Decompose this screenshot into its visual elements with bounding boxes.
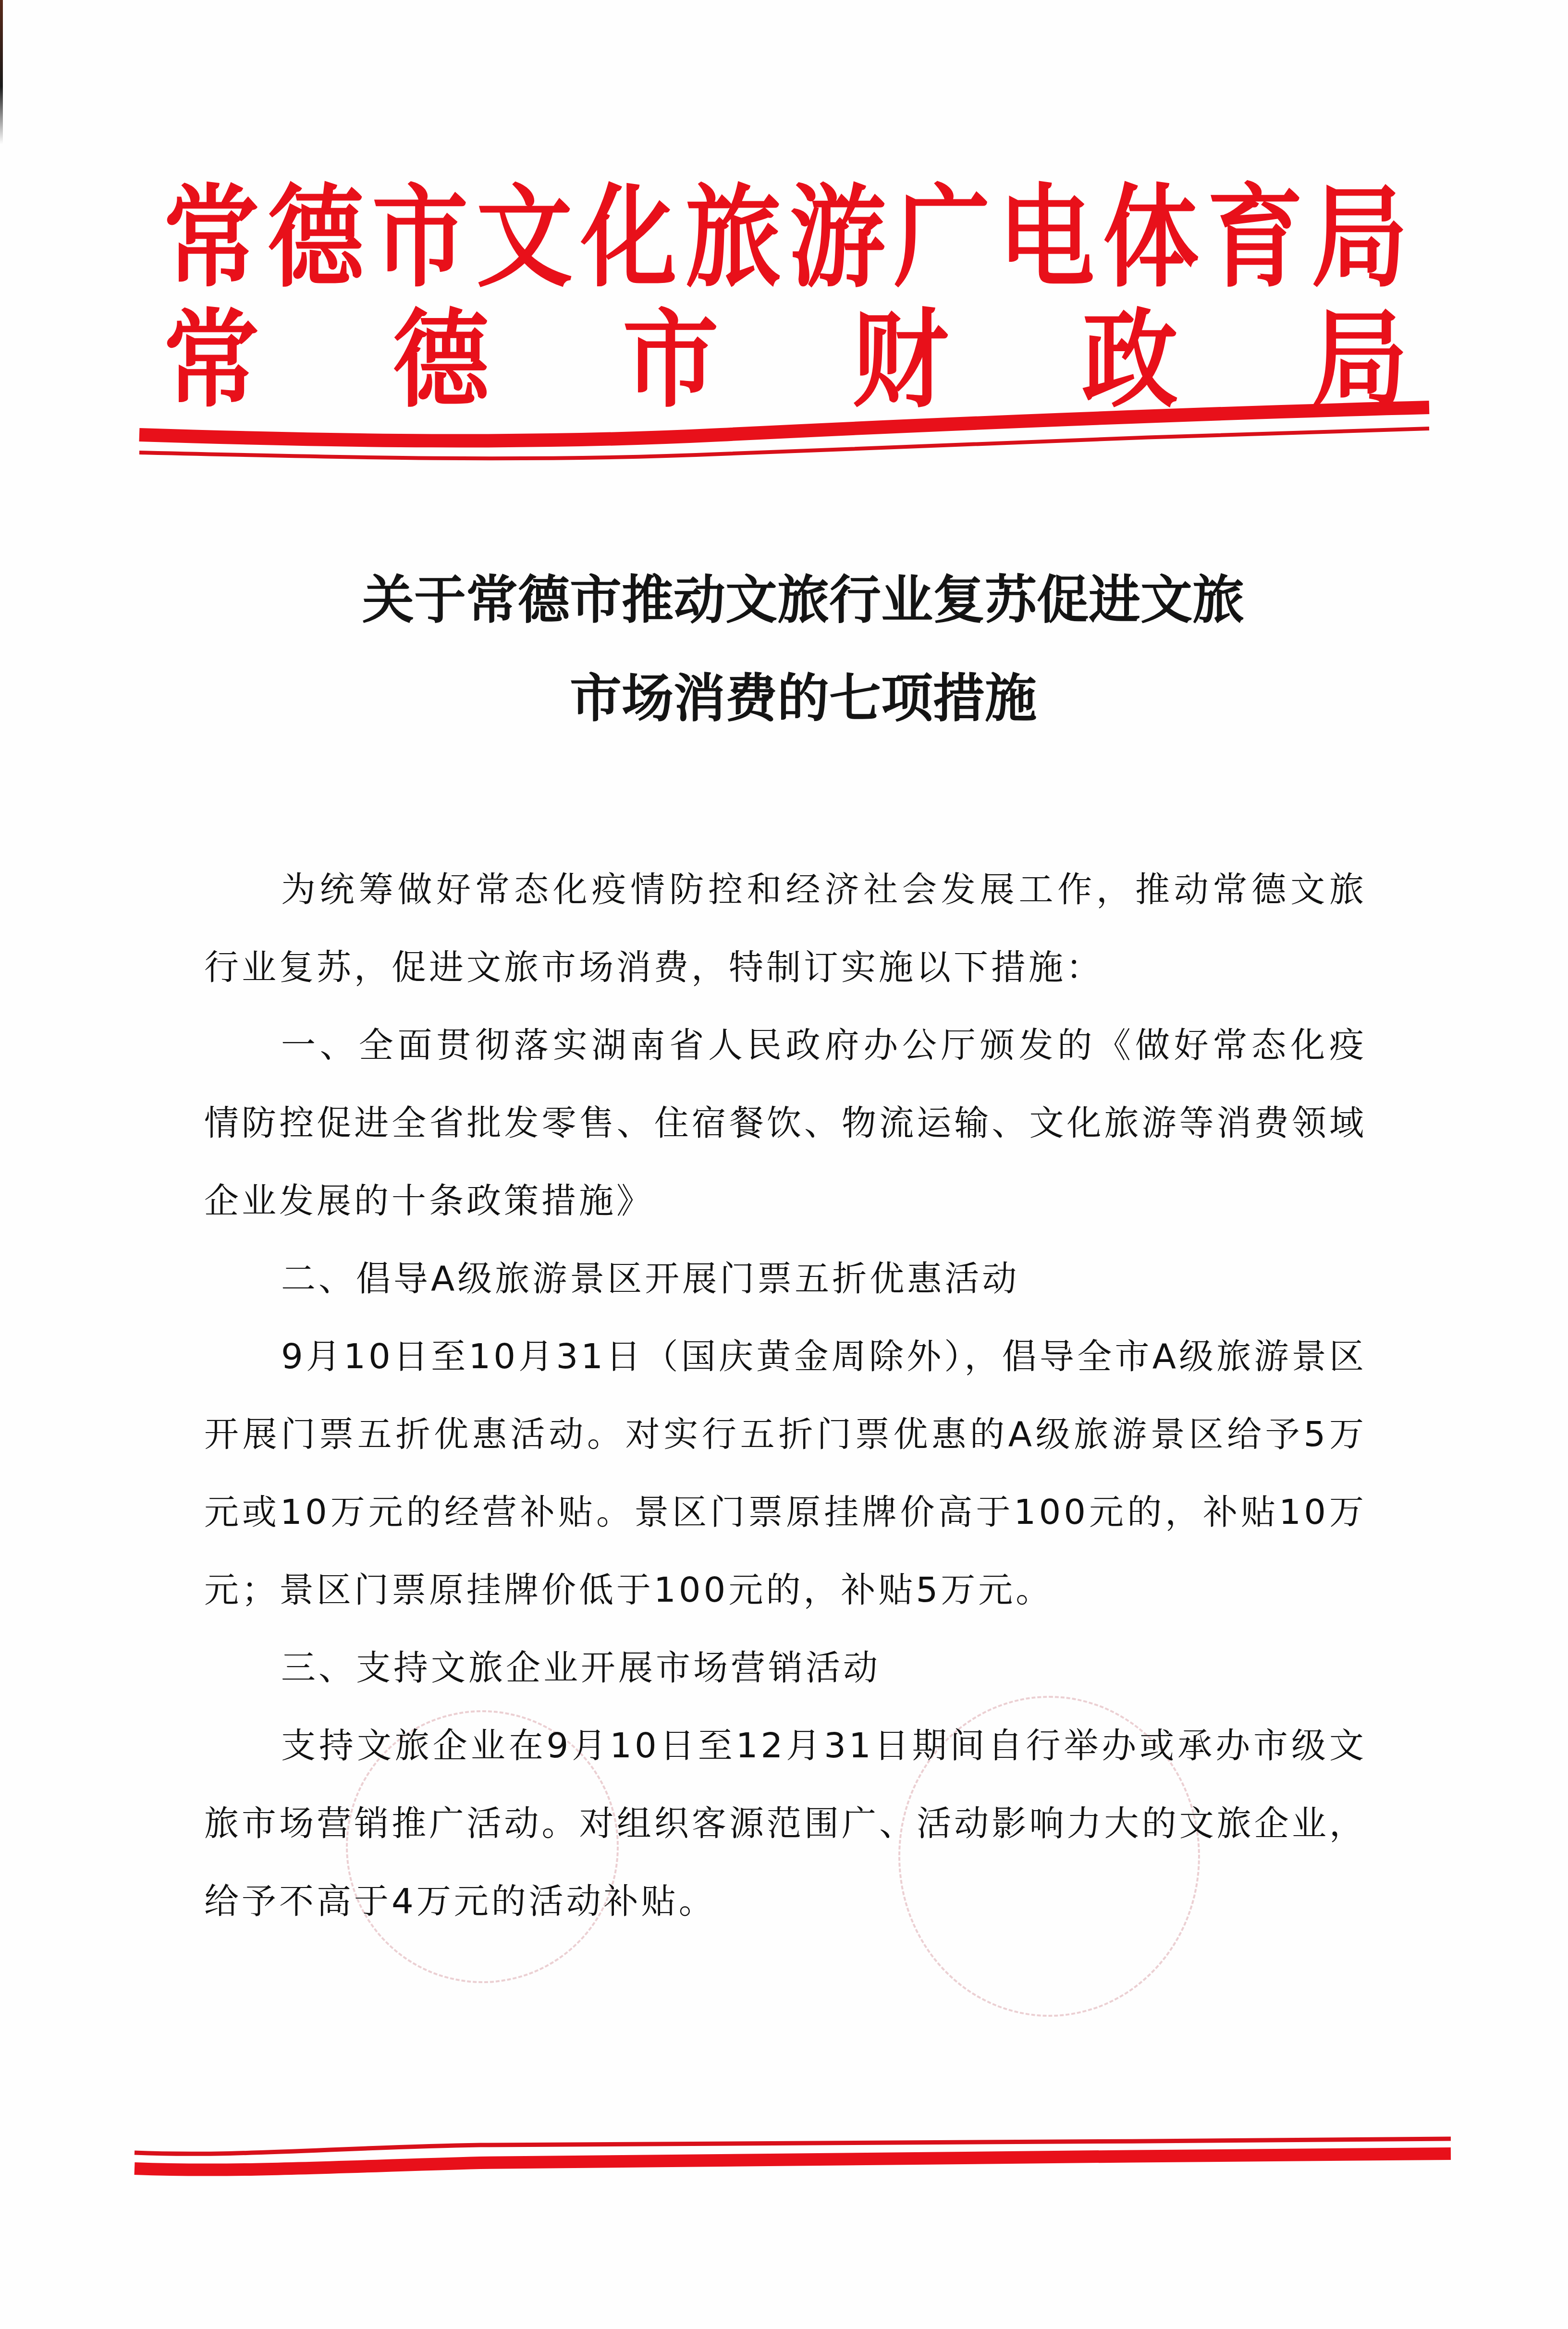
document-title-line-2: 市场消费的七项措施	[19, 673, 1568, 724]
measure-3-heading: 三、支持文旅企业开展市场营销活动	[204, 1629, 1367, 1706]
letterhead-char: 电	[998, 183, 1094, 293]
letterhead-char: 育	[1207, 183, 1303, 293]
letterhead: 常 德 市 文 化 旅 游 广 电 体 育 局 常 德 市 财 政 局	[163, 173, 1408, 413]
intro-paragraph: 为统筹做好常态化疫情防控和经济社会发展工作，推动常德文旅行业复苏，促进文旅市场消…	[204, 850, 1367, 1006]
letterhead-char: 旅	[685, 183, 781, 293]
measure-3-paragraph: 支持文旅企业在9月10日至12月31日期间自行举办或承办市级文旅市场营销推广活动…	[204, 1706, 1367, 1940]
letterhead-char: 德	[268, 183, 364, 293]
letterhead-char: 游	[790, 183, 886, 293]
letterhead-char: 化	[581, 183, 677, 293]
scan-edge-artifact	[0, 0, 3, 144]
header-red-double-rule	[0, 394, 1568, 461]
letterhead-char: 局	[1311, 183, 1408, 293]
letterhead-char: 常	[163, 183, 259, 293]
letterhead-char: 市	[372, 183, 468, 293]
measure-2-heading: 二、倡导A级旅游景区开展门票五折优惠活动	[204, 1239, 1367, 1317]
letterhead-line-1: 常 德 市 文 化 旅 游 广 电 体 育 局	[163, 155, 1408, 294]
measure-2-paragraph: 9月10日至10月31日（国庆黄金周除外），倡导全市A级旅游景区开展门票五折优惠…	[204, 1317, 1367, 1629]
letterhead-char: 文	[477, 183, 573, 293]
footer-red-double-rule	[0, 2123, 1568, 2181]
document-body: 为统筹做好常态化疫情防控和经济社会发展工作，推动常德文旅行业复苏，促进文旅市场消…	[204, 850, 1367, 1940]
measure-1-paragraph: 一、全面贯彻落实湖南省人民政府办公厅颁发的《做好常态化疫情防控促进全省批发零售、…	[204, 1006, 1367, 1239]
letterhead-char: 广	[894, 183, 990, 293]
document-title-line-1: 关于常德市推动文旅行业复苏促进文旅	[19, 574, 1568, 626]
letterhead-char: 体	[1102, 183, 1199, 293]
